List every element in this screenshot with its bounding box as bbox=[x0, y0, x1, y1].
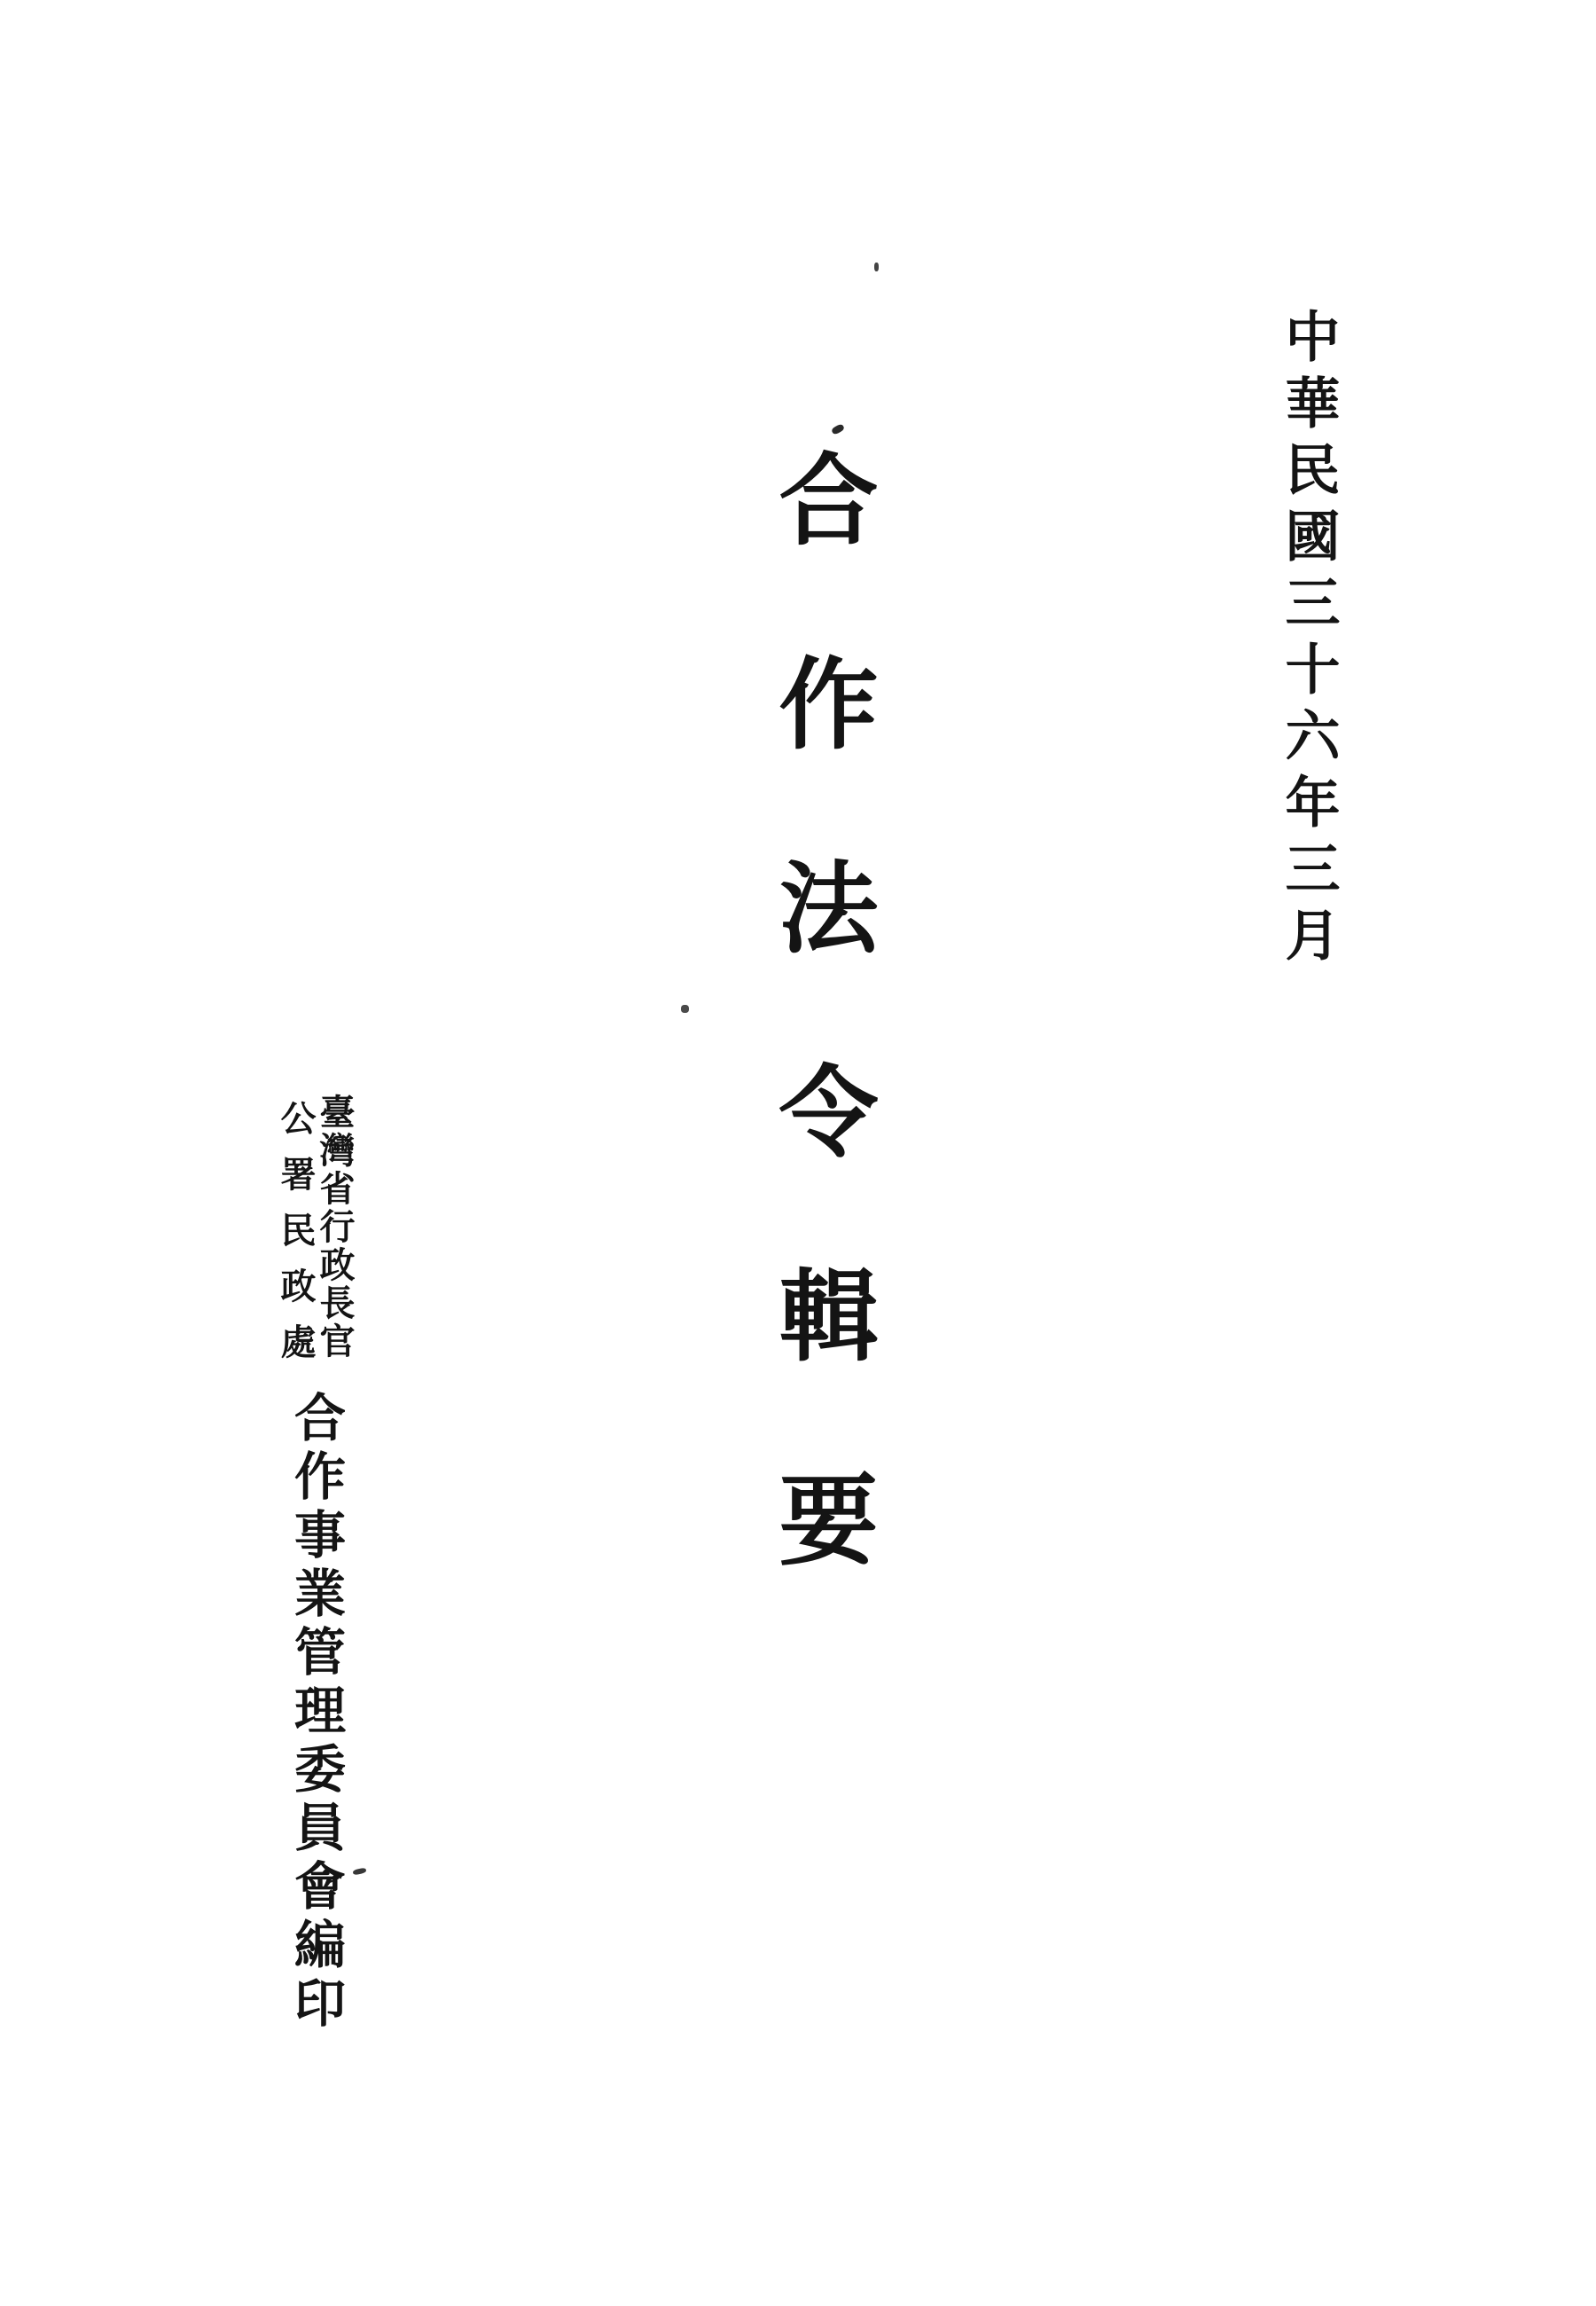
publication-date-column: 中華民國三十六年三月 bbox=[1280, 308, 1335, 973]
book-title: 合作法令輯要 bbox=[771, 448, 870, 1672]
publisher-committee-imprint: 合作事業管理委員會編印 bbox=[290, 1391, 341, 2035]
scanned-title-page: 中華民國三十六年三月 合作法令輯要 臺灣省行政長官 公署民政處 合作事業管理委員… bbox=[0, 0, 1596, 2306]
publisher-office-column-left: 公署民政處 bbox=[278, 1100, 313, 1379]
scan-speck bbox=[831, 423, 845, 435]
scan-speck bbox=[353, 1868, 367, 1876]
scan-speck bbox=[681, 1005, 689, 1013]
scan-speck bbox=[874, 263, 879, 271]
publisher-office-column-right: 臺灣省行政長官 bbox=[317, 1094, 352, 1361]
